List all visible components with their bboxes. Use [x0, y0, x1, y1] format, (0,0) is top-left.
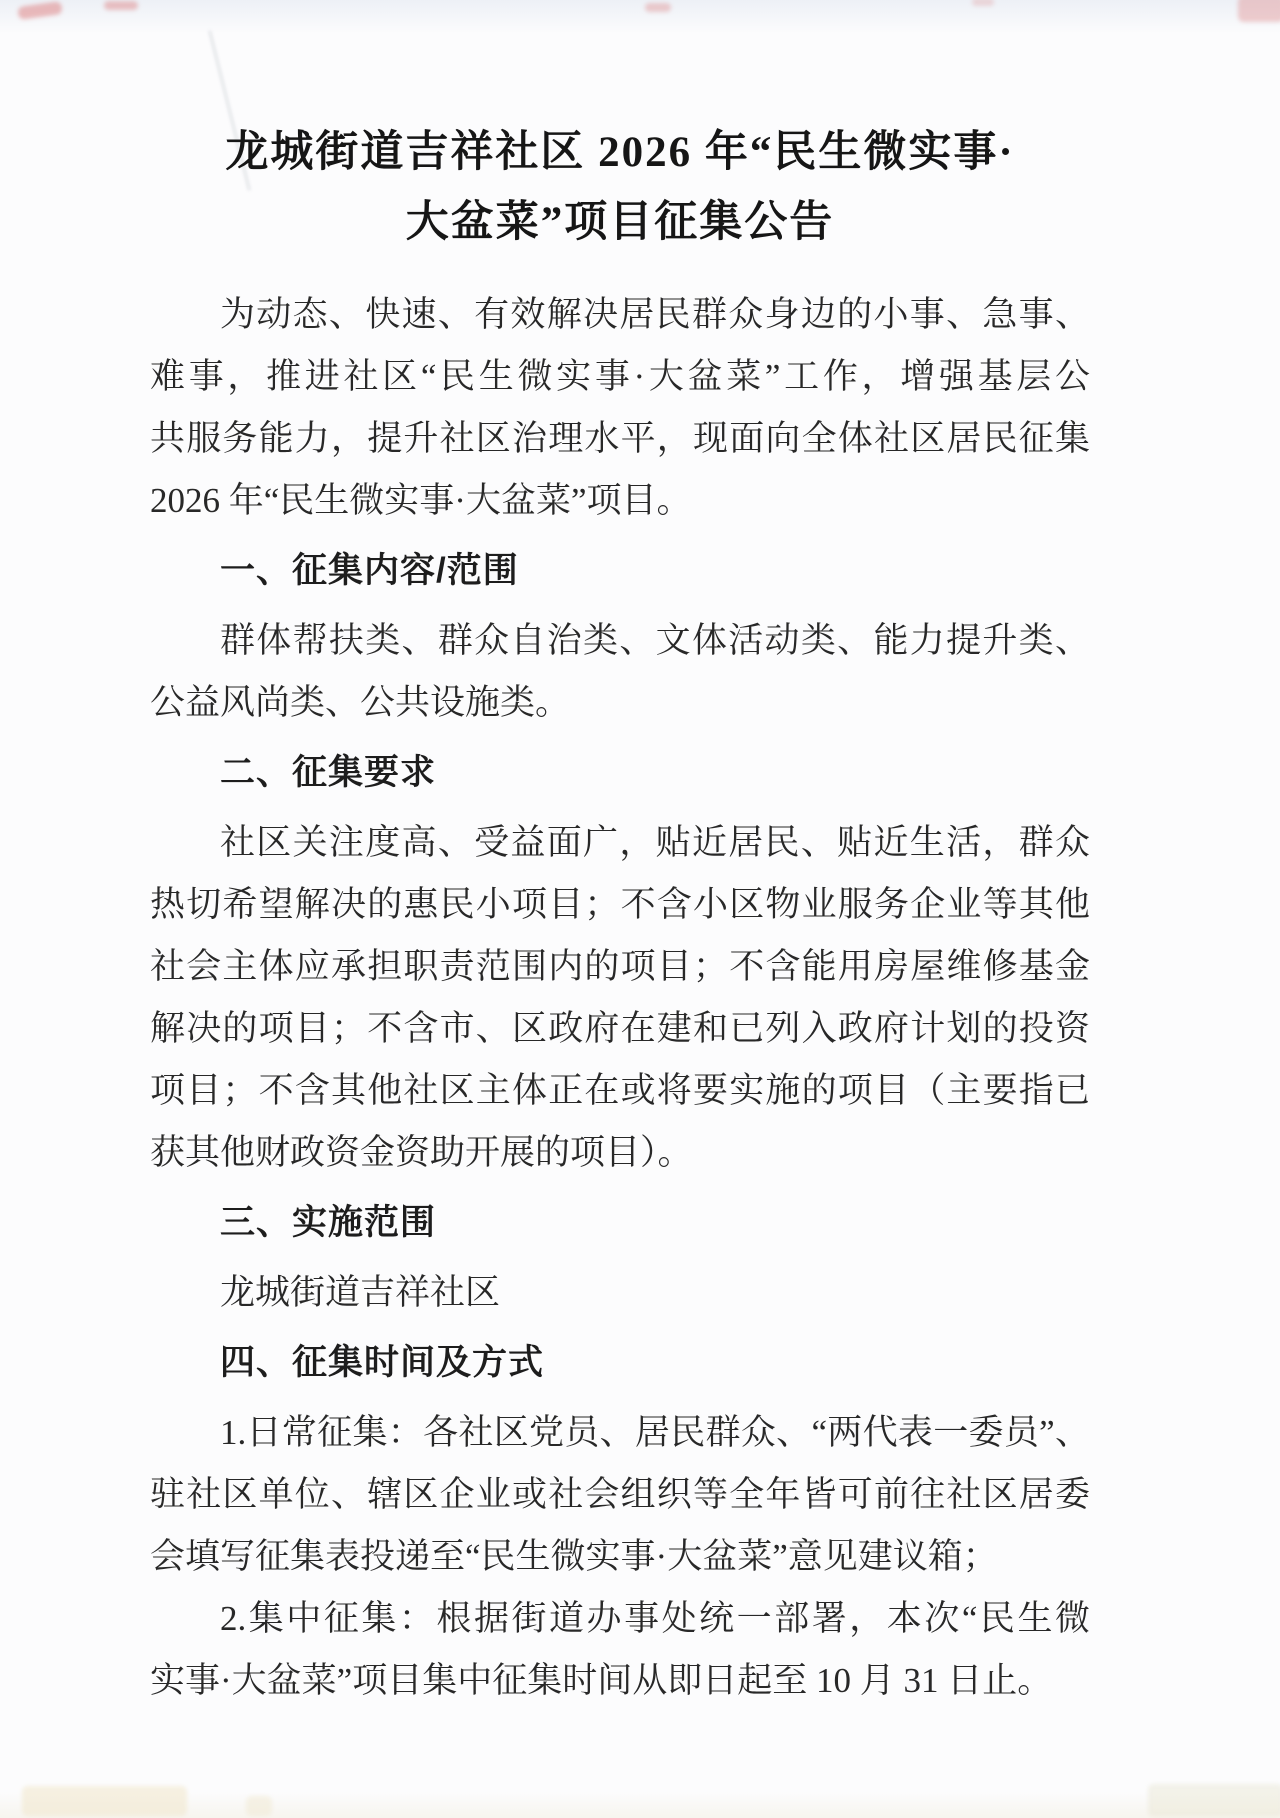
red-corner-mark	[1238, 0, 1280, 22]
scanned-notice-page: 龙城街道吉祥社区 2026 年“民生微实事· 大盆菜”项目征集公告 为动态、快速…	[0, 0, 1280, 1818]
paragraph-line: 1.日常征集：各社区党员、居民群众、“两代表一委员”、	[150, 1402, 1090, 1464]
red-corner-mark	[17, 1, 62, 20]
scan-bottom-stain	[22, 1786, 187, 1816]
paragraph-line: 群体帮扶类、群众自治类、文体活动类、能力提升类、	[150, 610, 1090, 672]
red-corner-mark	[104, 1, 138, 10]
paragraph-line: 热切希望解决的惠民小项目；不含小区物业服务企业等其他	[150, 874, 1090, 936]
paragraph-line: 驻社区单位、辖区企业或社会组织等全年皆可前往社区居委	[150, 1464, 1090, 1526]
section-heading: 三、实施范围	[150, 1192, 1090, 1254]
paragraph: 1.日常征集：各社区党员、居民群众、“两代表一委员”、驻社区单位、辖区企业或社会…	[150, 1402, 1090, 1588]
paragraph-line: 2.集中征集：根据街道办事处统一部署，本次“民生微	[150, 1588, 1090, 1650]
paragraph-line: 实事·大盆菜”项目集中征集时间从即日起至 10 月 31 日止。	[150, 1650, 1090, 1712]
scan-bottom-stain	[1148, 1784, 1280, 1817]
section-heading: 二、征集要求	[150, 742, 1090, 804]
paragraph-line: 公益风尚类、公共设施类。	[150, 672, 1090, 734]
paragraph-line: 社区关注度高、受益面广，贴近居民、贴近生活，群众	[150, 812, 1090, 874]
paragraph: 社区关注度高、受益面广，贴近居民、贴近生活，群众热切希望解决的惠民小项目；不含小…	[150, 812, 1090, 1184]
scan-top-tint	[0, 0, 1280, 34]
scan-bottom-stain	[246, 1796, 272, 1816]
document-content: 龙城街道吉祥社区 2026 年“民生微实事· 大盆菜”项目征集公告 为动态、快速…	[150, 118, 1090, 1712]
section-heading: 一、征集内容/范围	[150, 540, 1090, 602]
paragraph: 群体帮扶类、群众自治类、文体活动类、能力提升类、公益风尚类、公共设施类。	[150, 610, 1090, 734]
paragraph: 为动态、快速、有效解决居民群众身边的小事、急事、难事，推进社区“民生微实事·大盆…	[150, 284, 1090, 532]
paragraph-line: 会填写征集表投递至“民生微实事·大盆菜”意见建议箱；	[150, 1526, 1090, 1588]
paragraph-line: 项目；不含其他社区主体正在或将要实施的项目（主要指已	[150, 1060, 1090, 1122]
section-heading: 四、征集时间及方式	[150, 1332, 1090, 1394]
document-title-line-2: 大盆菜”项目征集公告	[150, 188, 1090, 258]
paragraph: 2.集中征集：根据街道办事处统一部署，本次“民生微实事·大盆菜”项目集中征集时间…	[150, 1588, 1090, 1712]
paragraph-line: 龙城街道吉祥社区	[150, 1262, 1090, 1324]
paragraph: 龙城街道吉祥社区	[150, 1262, 1090, 1324]
paragraph-line: 难事，推进社区“民生微实事·大盆菜”工作，增强基层公	[150, 346, 1090, 408]
scan-bottom-tint	[0, 1792, 1280, 1818]
red-corner-mark	[645, 3, 671, 12]
paragraph-line: 社会主体应承担职责范围内的项目；不含能用房屋维修基金	[150, 936, 1090, 998]
paragraph-line: 共服务能力，提升社区治理水平，现面向全体社区居民征集	[150, 408, 1090, 470]
red-corner-mark	[972, 0, 994, 6]
paragraph-line: 解决的项目；不含市、区政府在建和已列入政府计划的投资	[150, 998, 1090, 1060]
paragraph-line: 获其他财政资金资助开展的项目）。	[150, 1122, 1090, 1184]
document-body: 为动态、快速、有效解决居民群众身边的小事、急事、难事，推进社区“民生微实事·大盆…	[150, 284, 1090, 1712]
paragraph-line: 2026 年“民生微实事·大盆菜”项目。	[150, 470, 1090, 532]
paragraph-line: 为动态、快速、有效解决居民群众身边的小事、急事、	[150, 284, 1090, 346]
document-title-line-1: 龙城街道吉祥社区 2026 年“民生微实事·	[150, 118, 1090, 188]
